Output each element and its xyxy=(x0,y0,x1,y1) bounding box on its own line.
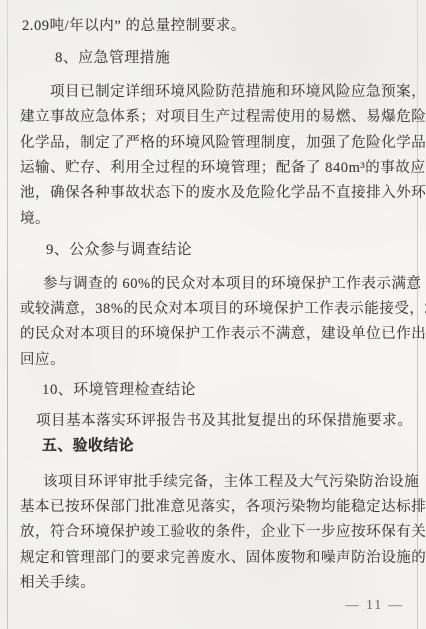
paragraph-line: 项目已制定详细环境风险防范措施和环境风险应急预案， xyxy=(20,80,408,105)
section-10-paragraph: 项目基本落实环评报告书及其批复提出的环保措施要求。 xyxy=(20,409,408,434)
section-8-heading: 8、应急管理措施 xyxy=(20,46,408,71)
paragraph-line: 参与调查的 60%的民众对本项目的环境保护工作表示满意 xyxy=(20,272,408,297)
paragraph-line: 相关手续。 xyxy=(20,571,408,596)
paragraph-line: 该项目环评审批手续完备，主体工程及大气污染防治设施 xyxy=(20,470,408,495)
paragraph-line: 回应。 xyxy=(20,348,408,373)
section-9-paragraph: 参与调查的 60%的民众对本项目的环境保护工作表示满意 或较满意，38%的民众对… xyxy=(20,272,408,374)
page-number: — 11 — xyxy=(345,597,404,613)
paragraph-line: 项目基本落实环评报告书及其批复提出的环保措施要求。 xyxy=(20,409,408,434)
paragraph-line: 放，符合环境保护竣工验收的条件，企业下一步应按环保有关 xyxy=(20,520,408,545)
paragraph-line: 境。 xyxy=(20,207,408,232)
section-8-paragraph: 项目已制定详细环境风险防范措施和环境风险应急预案， 建立事故应急体系；对项目生产… xyxy=(20,80,408,232)
paragraph-line: 建立事故应急体系；对项目生产过程需使用的易燃、易爆危险 xyxy=(20,105,408,130)
paragraph-line: 化学品，制定了严格的环境风险管理制度，加强了危险化学品 xyxy=(20,131,408,156)
paragraph-line: 运输、贮存、利用全过程的环境管理；配备了 840m³的事故应急 xyxy=(20,156,408,181)
paragraph-line: 基本已按环保部门批准意见落实，各项污染物均能稳定达标排 xyxy=(20,495,408,520)
paragraph-line: 池，确保各种事故状态下的废水及危险化学品不直接排入外环 xyxy=(20,181,408,206)
section-5-heading: 五、验收结论 xyxy=(20,434,408,459)
section-5-paragraph: 该项目环评审批手续完备，主体工程及大气污染防治设施 基本已按环保部门批准意见落实… xyxy=(20,470,408,597)
paragraph-line: 或较满意，38%的民众对本项目的环境保护工作表示能接受，2% xyxy=(20,297,408,322)
document-body: 2.09吨/年以内” 的总量控制要求。 8、应急管理措施 项目已制定详细环境风险… xyxy=(0,0,426,597)
scanned-document-page: 2.09吨/年以内” 的总量控制要求。 8、应急管理措施 项目已制定详细环境风险… xyxy=(0,0,426,629)
paragraph-line: 的民众对本项目的环境保护工作表示不满意，建设单位已作出 xyxy=(20,322,408,347)
intro-line: 2.09吨/年以内” 的总量控制要求。 xyxy=(20,14,408,39)
paragraph-line: 规定和管理部门的要求完善废水、固体废物和噪声防治设施的 xyxy=(20,546,408,571)
section-9-heading: 9、公众参与调查结论 xyxy=(20,238,408,263)
section-10-heading: 10、环境管理检查结论 xyxy=(20,378,408,403)
